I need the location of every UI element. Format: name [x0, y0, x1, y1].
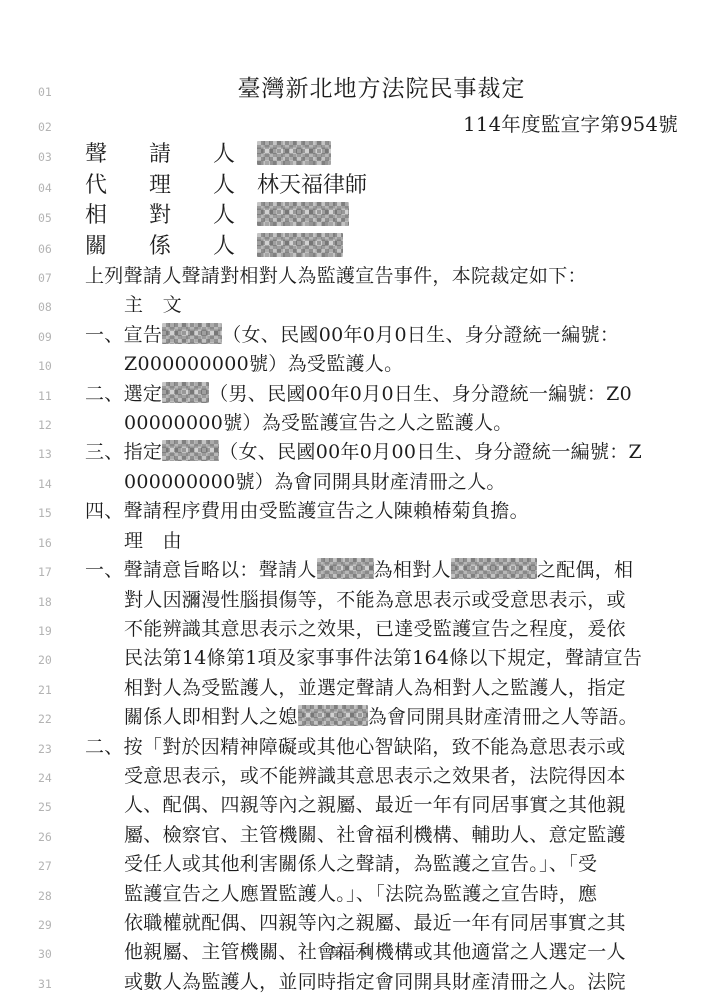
- document-line: 16理 由: [38, 528, 678, 557]
- document-line: 06關係人: [38, 233, 678, 263]
- line-number: 27: [38, 853, 85, 880]
- text-segment: 不能辨識其意思表示之效果，已達受監護宣告之程度，爰依: [124, 618, 626, 640]
- line-text: 受任人或其他利害關係人之聲請，為監護之宣告。」、「受: [124, 853, 597, 875]
- text-segment: 一、宣告: [85, 324, 162, 346]
- line-content: 二、按「對於因精神障礙或其他心智缺陷，致不能為意思表示或: [85, 734, 678, 761]
- text-segment: 主 文: [124, 294, 182, 316]
- document-line: 13三、指定（女、民國00年0月00日生、身分證統一編號：Z: [38, 439, 678, 468]
- document-line: 28監護宣告之人應置監護人。」、「法院為監護之宣告時，應: [38, 881, 678, 910]
- line-number: 20: [38, 647, 85, 674]
- line-text: 一、聲請意旨略以：聲請人為相對人之配偶，相: [85, 559, 633, 581]
- line-content: 00000000號）為受監護宣告之人之監護人。: [85, 410, 678, 437]
- line-number: 17: [38, 559, 85, 586]
- line-content: 二、選定（男、民國00年0月0日生、身分證統一編號：Z0: [85, 381, 678, 408]
- party-role-label: 相對人: [85, 202, 235, 229]
- line-content: 一、宣告（女、民國00年0月0日生、身分證統一編號：: [85, 322, 678, 349]
- text-segment: 上列聲請人聲請對相對人為監護宣告事件，本院裁定如下：: [85, 265, 587, 287]
- line-number: 28: [38, 883, 85, 910]
- redacted-name: [162, 323, 222, 344]
- line-content: 依職權就配偶、四親等內之親屬、最近一年有同居事實之其: [85, 910, 678, 937]
- line-number: 08: [38, 294, 85, 321]
- line-number: 25: [38, 794, 85, 821]
- line-content: Z000000000號）為受監護人。: [85, 351, 678, 378]
- line-text: 000000000號）為會同開具財產清冊之人。: [124, 471, 506, 493]
- text-segment: 四、聲請程序費用由受監護宣告之人陳賴椿菊負擔。: [85, 500, 529, 522]
- party-role-label: 關係人: [85, 233, 235, 260]
- text-segment: 之配偶，相: [537, 559, 634, 581]
- line-content: 受意思表示，或不能辨識其意思表示之效果者，法院得因本: [85, 763, 678, 790]
- line-content: 主 文: [85, 292, 678, 319]
- document-line: 18對人因瀰漫性腦損傷等，不能為意思表示或受意思表示，或: [38, 587, 678, 616]
- line-text: 二、選定（男、民國00年0月0日生、身分證統一編號：Z0: [85, 383, 632, 405]
- line-text: 00000000號）為受監護宣告之人之監護人。: [124, 412, 513, 434]
- line-number: 06: [38, 236, 85, 263]
- line-content: 相對人: [85, 202, 678, 229]
- line-content: 對人因瀰漫性腦損傷等，不能為意思表示或受意思表示，或: [85, 587, 678, 614]
- document-line: 04代理人林天福律師: [38, 172, 678, 202]
- text-segment: 受意思表示，或不能辨識其意思表示之效果者，法院得因本: [124, 765, 626, 787]
- line-text: 人、配偶、四親等內之親屬、最近一年有同居事實之其他親: [124, 794, 626, 816]
- party-role-label: 聲請人: [85, 141, 235, 168]
- line-content: 關係人: [85, 233, 678, 260]
- document-line: 01臺灣新北地方法院民事裁定: [38, 70, 678, 111]
- document-line: 10Z000000000號）為受監護人。: [38, 351, 678, 380]
- line-number: 22: [38, 706, 85, 733]
- text-segment: 林天福律師: [257, 173, 367, 198]
- text-segment: 民法第14條第1項及家事事件法第164條以下規定，聲請宣告: [124, 647, 642, 669]
- document-line: 08主 文: [38, 292, 678, 321]
- line-content: 受任人或其他利害關係人之聲請，為監護之宣告。」、「受: [85, 851, 678, 878]
- line-text: 四、聲請程序費用由受監護宣告之人陳賴椿菊負擔。: [85, 500, 529, 522]
- text-segment: 人、配偶、四親等內之親屬、最近一年有同居事實之其他親: [124, 794, 626, 816]
- text-segment: 114年度監宣字第954號: [463, 113, 678, 136]
- redacted-name: [451, 558, 537, 579]
- document-line: 21相對人為受監護人，並選定聲請人為相對人之監護人，指定: [38, 675, 678, 704]
- line-content: 一、聲請意旨略以：聲請人為相對人之配偶，相: [85, 557, 678, 584]
- line-number: 21: [38, 677, 85, 704]
- redacted-name: [317, 558, 374, 579]
- party-name: [257, 234, 343, 259]
- text-segment: 一、聲請意旨略以：聲請人: [85, 559, 317, 581]
- text-segment: 為會同開具財產清冊之人等語。: [368, 706, 638, 728]
- line-text: 對人因瀰漫性腦損傷等，不能為意思表示或受意思表示，或: [124, 589, 626, 611]
- line-number: 29: [38, 912, 85, 939]
- document-line: 07上列聲請人聲請對相對人為監護宣告事件，本院裁定如下：: [38, 263, 678, 292]
- line-number: 14: [38, 471, 85, 498]
- redacted-name: [162, 382, 209, 403]
- text-segment: 理 由: [124, 530, 182, 552]
- text-segment: 屬、檢察官、主管機關、社會福利機構、輔助人、意定監護: [124, 824, 626, 846]
- text-segment: 二、選定: [85, 383, 162, 405]
- line-text: 上列聲請人聲請對相對人為監護宣告事件，本院裁定如下：: [85, 265, 587, 287]
- document-line: 02114年度監宣字第954號: [38, 111, 678, 141]
- document-line: 20民法第14條第1項及家事事件法第164條以下規定，聲請宣告: [38, 645, 678, 674]
- line-text: 關係人即相對人之媳為會同開具財產清冊之人等語。: [124, 706, 638, 728]
- text-segment: 臺灣新北地方法院民事裁定: [238, 76, 526, 102]
- line-content: 三、指定（女、民國00年0月00日生、身分證統一編號：Z: [85, 439, 678, 466]
- line-content: 監護宣告之人應置監護人。」、「法院為監護之宣告時，應: [85, 881, 678, 908]
- document-line: 29依職權就配偶、四親等內之親屬、最近一年有同居事實之其: [38, 910, 678, 939]
- line-text: 屬、檢察官、主管機關、社會福利機構、輔助人、意定監護: [124, 824, 626, 846]
- line-number: 12: [38, 412, 85, 439]
- document-line: 14000000000號）為會同開具財產清冊之人。: [38, 469, 678, 498]
- line-text: 相對人為受監護人，並選定聲請人為相對人之監護人，指定: [124, 677, 626, 699]
- line-content: 屬、檢察官、主管機關、社會福利機構、輔助人、意定監護: [85, 822, 678, 849]
- line-content: 000000000號）為會同開具財產清冊之人。: [85, 469, 678, 496]
- line-content: 上列聲請人聲請對相對人為監護宣告事件，本院裁定如下：: [85, 263, 678, 290]
- line-number: 31: [38, 971, 85, 998]
- line-content: 相對人為受監護人，並選定聲請人為相對人之監護人，指定: [85, 675, 678, 702]
- document-line: 03聲請人: [38, 141, 678, 171]
- line-number: 23: [38, 736, 85, 763]
- text-segment: Z000000000號）為受監護人。: [124, 353, 403, 375]
- line-number: 07: [38, 265, 85, 292]
- text-segment: 依職權就配偶、四親等內之親屬、最近一年有同居事實之其: [124, 912, 626, 934]
- line-number: 03: [38, 144, 85, 171]
- redacted-name: [162, 440, 219, 461]
- text-segment: 監護宣告之人應置監護人。」、「法院為監護之宣告時，應: [124, 883, 597, 905]
- case-number: 114年度監宣字第954號: [85, 111, 678, 138]
- line-number: 15: [38, 500, 85, 527]
- line-number: 09: [38, 324, 85, 351]
- line-content: 民法第14條第1項及家事事件法第164條以下規定，聲請宣告: [85, 645, 678, 672]
- line-content: 關係人即相對人之媳為會同開具財產清冊之人等語。: [85, 704, 678, 731]
- document-line: 05相對人: [38, 202, 678, 232]
- text-segment: 三、指定: [85, 441, 162, 463]
- line-text: 受意思表示，或不能辨識其意思表示之效果者，法院得因本: [124, 765, 626, 787]
- line-content: 不能辨識其意思表示之效果，已達受監護宣告之程度，爰依: [85, 616, 678, 643]
- line-content: 或數人為監護人，並同時指定會同開具財產清冊之人。法院: [85, 969, 678, 996]
- document-line: 1200000000號）為受監護宣告之人之監護人。: [38, 410, 678, 439]
- text-segment: 00000000號）為受監護宣告之人之監護人。: [124, 412, 513, 434]
- document-line: 23二、按「對於因精神障礙或其他心智缺陷，致不能為意思表示或: [38, 734, 678, 763]
- text-segment: 關係人即相對人之媳: [124, 706, 298, 728]
- line-text: 或數人為監護人，並同時指定會同開具財產清冊之人。法院: [124, 971, 626, 993]
- document-line: 15四、聲請程序費用由受監護宣告之人陳賴椿菊負擔。: [38, 498, 678, 527]
- text-segment: 二、按「對於因精神障礙或其他心智缺陷，致不能為意思表示或: [85, 736, 625, 758]
- line-text: 一、宣告（女、民國00年0月0日生、身分證統一編號：: [85, 324, 619, 346]
- line-number: 19: [38, 618, 85, 645]
- document-line: 31或數人為監護人，並同時指定會同開具財產清冊之人。法院: [38, 969, 678, 998]
- line-text: Z000000000號）為受監護人。: [124, 353, 403, 375]
- text-segment: 受任人或其他利害關係人之聲請，為監護之宣告。」、「受: [124, 853, 597, 875]
- line-text: 監護宣告之人應置監護人。」、「法院為監護之宣告時，應: [124, 883, 597, 905]
- line-number: 24: [38, 765, 85, 792]
- party-name: [257, 203, 349, 228]
- line-text: 臺灣新北地方法院民事裁定: [238, 76, 526, 102]
- document-line: 27受任人或其他利害關係人之聲請，為監護之宣告。」、「受: [38, 851, 678, 880]
- redacted-name: [257, 202, 349, 226]
- text-segment: 相對人為受監護人，並選定聲請人為相對人之監護人，指定: [124, 677, 626, 699]
- line-text: 理 由: [124, 530, 182, 552]
- line-text: 114年度監宣字第954號: [463, 113, 678, 136]
- text-segment: （男、民國00年0月0日生、身分證統一編號：Z0: [209, 383, 632, 405]
- line-number: 04: [38, 175, 85, 202]
- line-number: 01: [38, 73, 85, 111]
- document-line: 09一、宣告（女、民國00年0月0日生、身分證統一編號：: [38, 322, 678, 351]
- document-line: 11二、選定（男、民國00年0月0日生、身分證統一編號：Z0: [38, 381, 678, 410]
- document-line: 17一、聲請意旨略以：聲請人為相對人之配偶，相: [38, 557, 678, 586]
- line-number: 10: [38, 353, 85, 380]
- line-text: 主 文: [124, 294, 182, 316]
- document-line: 26屬、檢察官、主管機關、社會福利機構、輔助人、意定監護: [38, 822, 678, 851]
- line-content: 聲請人: [85, 141, 678, 168]
- line-text: 二、按「對於因精神障礙或其他心智缺陷，致不能為意思表示或: [85, 736, 625, 758]
- document-line: 22關係人即相對人之媳為會同開具財產清冊之人等語。: [38, 704, 678, 733]
- party-name: 林天福律師: [257, 173, 367, 198]
- line-text: 不能辨識其意思表示之效果，已達受監護宣告之程度，爰依: [124, 618, 626, 640]
- line-number: 26: [38, 824, 85, 851]
- line-content: 代理人林天福律師: [85, 172, 678, 199]
- text-segment: （女、民國00年0月00日生、身分證統一編號：Z: [219, 441, 642, 463]
- line-number: 18: [38, 589, 85, 616]
- page-title: 臺灣新北地方法院民事裁定: [85, 70, 678, 108]
- line-number: 02: [38, 114, 85, 141]
- line-text: 民法第14條第1項及家事事件法第164條以下規定，聲請宣告: [124, 647, 642, 669]
- document-body: 01臺灣新北地方法院民事裁定02114年度監宣字第954號03聲請人04代理人林…: [38, 70, 678, 998]
- document-line: 25人、配偶、四親等內之親屬、最近一年有同居事實之其他親: [38, 792, 678, 821]
- line-content: 人、配偶、四親等內之親屬、最近一年有同居事實之其他親: [85, 792, 678, 819]
- document-line: 24受意思表示，或不能辨識其意思表示之效果者，法院得因本: [38, 763, 678, 792]
- text-segment: 000000000號）為會同開具財產清冊之人。: [124, 471, 506, 493]
- line-number: 13: [38, 441, 85, 468]
- court-ruling-page: 01臺灣新北地方法院民事裁定02114年度監宣字第954號03聲請人04代理人林…: [0, 0, 706, 1000]
- text-segment: （女、民國00年0月0日生、身分證統一編號：: [222, 324, 619, 346]
- text-segment: 對人因瀰漫性腦損傷等，不能為意思表示或受意思表示，或: [124, 589, 626, 611]
- redacted-name: [257, 141, 331, 165]
- line-number: 11: [38, 383, 85, 410]
- line-content: 四、聲請程序費用由受監護宣告之人陳賴椿菊負擔。: [85, 498, 678, 525]
- line-text: 依職權就配偶、四親等內之親屬、最近一年有同居事實之其: [124, 912, 626, 934]
- party-name: [257, 142, 331, 167]
- document-line: 19不能辨識其意思表示之效果，已達受監護宣告之程度，爰依: [38, 616, 678, 645]
- text-segment: 或數人為監護人，並同時指定會同開具財產清冊之人。法院: [124, 971, 626, 993]
- line-number: 16: [38, 530, 85, 557]
- line-number: 05: [38, 205, 85, 232]
- line-text: 三、指定（女、民國00年0月00日生、身分證統一編號：Z: [85, 441, 642, 463]
- party-role-label: 代理人: [85, 172, 235, 199]
- text-segment: 為相對人: [374, 559, 451, 581]
- redacted-name: [298, 705, 368, 726]
- page-footer: 第一頁: [0, 942, 706, 961]
- redacted-name: [257, 233, 343, 257]
- line-content: 理 由: [85, 528, 678, 555]
